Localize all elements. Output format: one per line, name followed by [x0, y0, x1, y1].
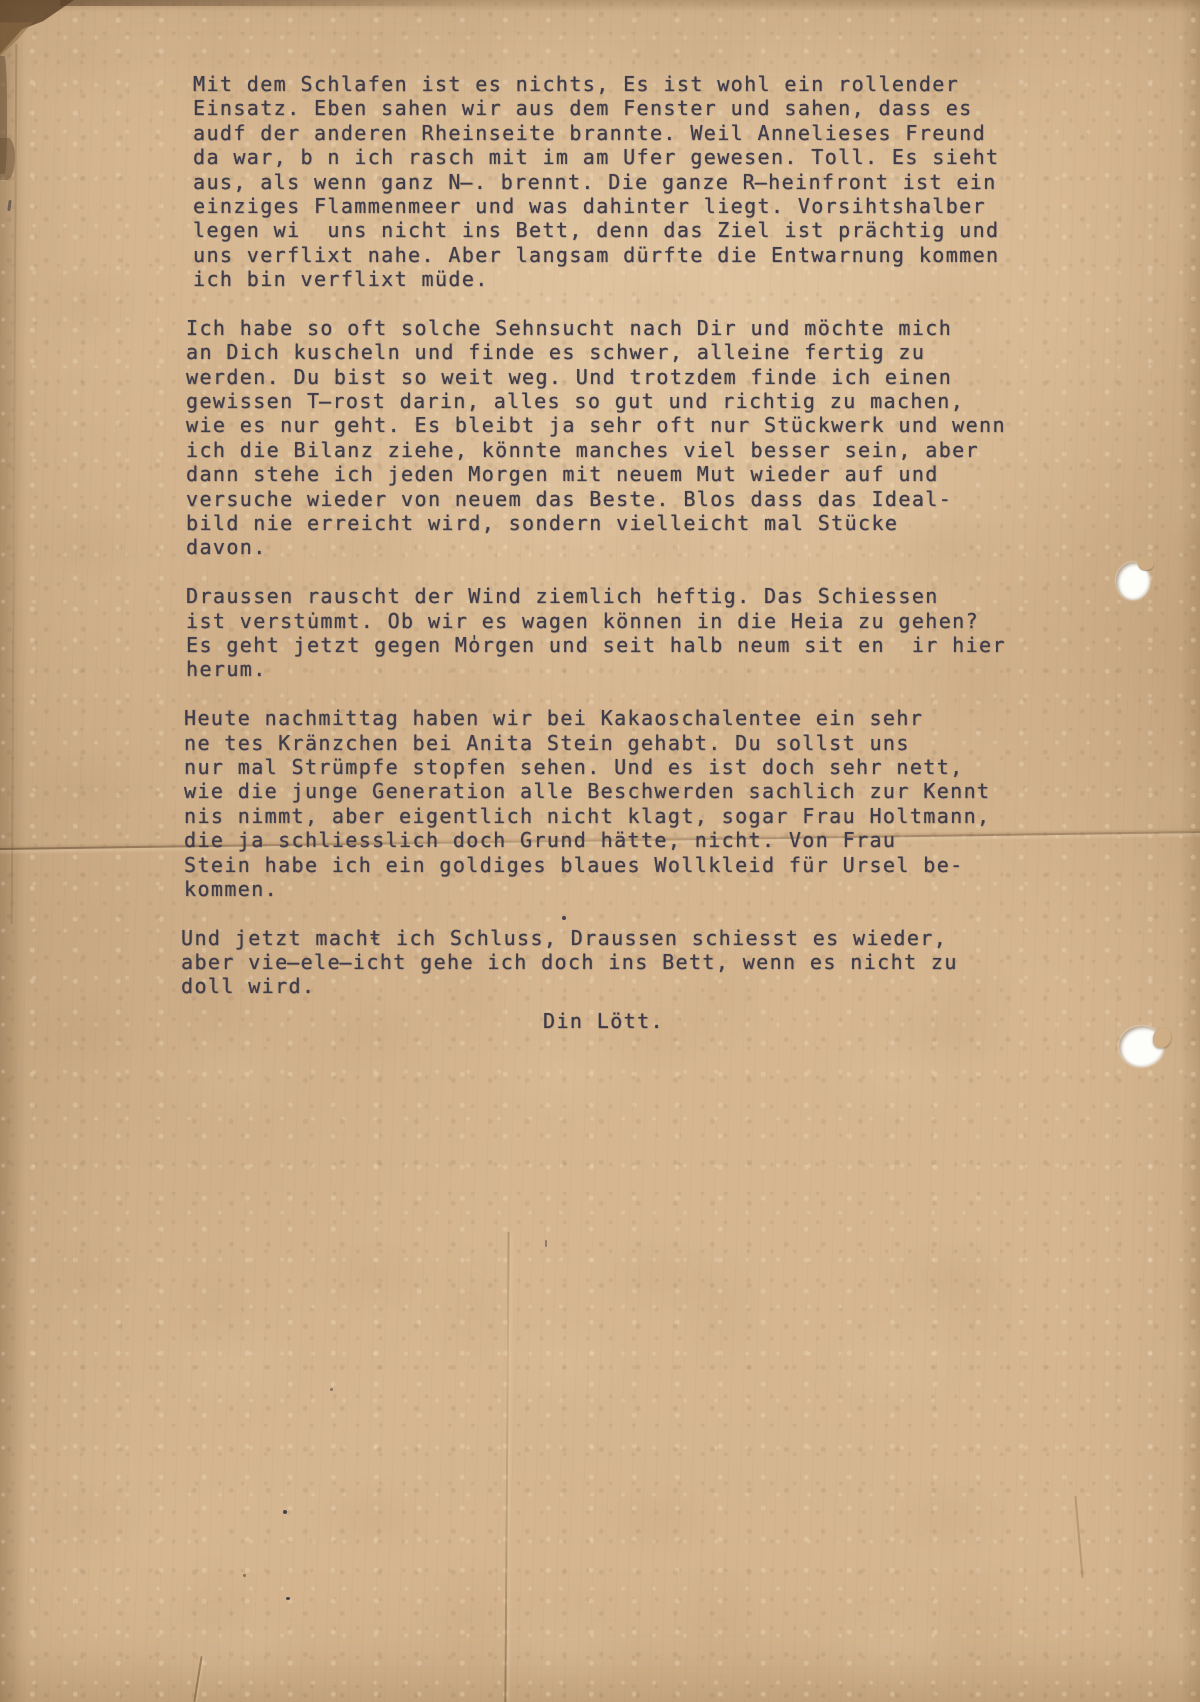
letter-body: Mit dem Schlafen ist es nichts, Es ist w…: [182, 72, 1082, 1023]
letter-line: Heute nachmittag haben wir bei Kakaoscha…: [184, 706, 1082, 730]
crease-left-edge: [11, 44, 17, 924]
letter-line: doll wird.: [181, 974, 1082, 998]
letter-line: legen wi uns nicht ins Bett, denn das Zi…: [193, 218, 1082, 242]
letter-line: audf der anderen Rheinseite brannte. Wei…: [193, 121, 1082, 145]
letter-line: dann stehe ich jeden Morgen mit neuem Mu…: [186, 462, 1082, 486]
paragraph: Mit dem Schlafen ist es nichts, Es ist w…: [193, 72, 1082, 292]
letter-line: versuche wieder von neuem das Beste. Blo…: [186, 487, 1082, 511]
letter-page: Mit dem Schlafen ist es nichts, Es ist w…: [0, 0, 1200, 1702]
letter-line: ne tes Kränzchen bei Anita Stein gehabt.…: [184, 731, 1082, 755]
letter-line: nur mal Strümpfe stopfen sehen. Und es i…: [184, 755, 1082, 779]
edge-tear: [0, 56, 7, 174]
letter-line: ich bin verflixt müde.: [193, 267, 1082, 291]
letter-line: werden. Du bist so weit weg. Und trotzde…: [186, 365, 1082, 389]
letter-line: uns verflixt nahe. Aber langsam dürfte d…: [193, 243, 1082, 267]
letter-line: Mit dem Schlafen ist es nichts, Es ist w…: [193, 72, 1082, 96]
letter-line: Einsatz. Eben sahen wir aus dem Fenster …: [193, 96, 1082, 120]
top-edge-shadow: [60, 0, 480, 6]
letter-line: bild nie erreicht wird, sondern vielleic…: [186, 511, 1082, 535]
paragraph: Draussen rauscht der Wind ziemlich hefti…: [186, 584, 1082, 682]
crease-right: [1074, 1496, 1083, 1578]
corner-tear: [0, 0, 74, 56]
letter-line: ich die Bilanz ziehe, könnte manches vie…: [186, 438, 1082, 462]
letter-line: nis nimmt, aber eigentlich nicht klagt, …: [184, 804, 1082, 828]
letter-line: herum.: [186, 657, 1082, 681]
ink-speck: [562, 916, 566, 920]
letter-line: davon.: [186, 535, 1082, 559]
paragraph: Ich habe so oft solche Sehnsucht nach Di…: [186, 316, 1082, 560]
letter-line: die ja schliesslich doch Grund hätte, ni…: [184, 828, 1082, 852]
letter-line: Ich habe so oft solche Sehnsucht nach Di…: [186, 316, 1082, 340]
letter-line: wie es nur geht. Es bleibt ja sehr oft n…: [186, 413, 1082, 437]
paragraph: Heute nachmittag haben wir bei Kakaoscha…: [184, 706, 1082, 901]
letter-line: einziges Flammenmeer und was dahinter li…: [193, 194, 1082, 218]
fold-crease-vertical: [504, 1232, 509, 1702]
ink-speck: [283, 1510, 287, 1514]
letter-line: kommen.: [184, 877, 1082, 901]
letter-line: Stein habe ich ein goldiges blaues Wollk…: [184, 853, 1082, 877]
hole-punch-bottom: [1119, 1026, 1164, 1067]
hole-punch-top: [1116, 562, 1150, 600]
letter-line: ist verstu̇mmt. Ob wir es wagen können i…: [186, 609, 1082, 633]
edge-tear: [0, 138, 15, 180]
signature: Din Lött.: [543, 1009, 664, 1033]
letter-line: wie die junge Generation alle Beschwerde…: [184, 779, 1082, 803]
ink-speck: [286, 1597, 290, 1600]
letter-line: Und jetzt machŧ ich Schluss, Draussen sc…: [181, 926, 1082, 950]
corner-tear-highlight: [0, 0, 74, 56]
ink-speck: [243, 1574, 246, 1577]
letter-line: aber vie̶ele̶icht gehe ich doch ins Bett…: [181, 950, 1082, 974]
letter-line: Es geht jetzt gegen Mo̍rgen und seit hal…: [186, 633, 1082, 657]
ink-speck: [545, 1240, 547, 1247]
ink-speck: [330, 1388, 333, 1391]
letter-line: gewissen T̶rost darin, alles so gut und …: [186, 389, 1082, 413]
paragraph: Und jetzt machŧ ich Schluss, Draussen sc…: [181, 926, 1082, 999]
stray-mark: [7, 200, 12, 211]
letter-line: an Dich kuscheln und finde es schwer, al…: [186, 340, 1082, 364]
letter-line: aus, als wenn ganz N̶. brennt. Die ganze…: [193, 170, 1082, 194]
crease-bottom-left: [193, 1656, 202, 1702]
letter-line: Draussen rauscht der Wind ziemlich hefti…: [186, 584, 1082, 608]
letter-line: da war, b n ich rasch mit im am Ufer gew…: [193, 145, 1082, 169]
